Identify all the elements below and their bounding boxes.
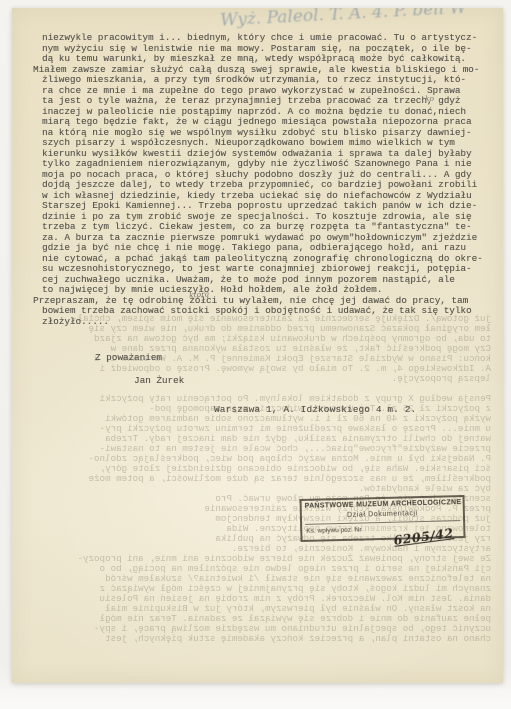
pencil-insertion-ko: ko xyxy=(425,94,434,103)
bleed-through-line: chano na ostatni plan, a przecież kończy… xyxy=(25,634,491,644)
pencil-insertion-ktora: którą xyxy=(189,289,210,299)
letter-line: bowiem trzeba zachować stoicki spokój i … xyxy=(33,306,499,317)
letter-line: dą ku temu warunki, by mieszkał ze mną, … xyxy=(33,54,499,65)
museum-stamp: PAŃSTWOWE MUZEUM ARCHEOLOGICZNE Dział Do… xyxy=(300,495,466,542)
letter-line: dojdą jeszcze dalej, to wtedy trzeba prz… xyxy=(33,180,499,191)
bleed-through-text: już gotową/. Dziękuję serdecznie za zain… xyxy=(25,314,491,644)
signature-address: Warszawa 1, A. Idźkowskiego 4 m. 2. xyxy=(214,404,416,415)
scanned-letter-page: { "document": { "handwriting_top": "Wyż.… xyxy=(0,0,511,709)
handwritten-annotation: Wyż. Paleol. T. A. 4. P. beli W xyxy=(220,8,503,31)
letter-line: szych pisarzy i współczesnych. Nieuporzą… xyxy=(33,138,499,149)
bleed-through-line: lepszą propozycję. xyxy=(25,374,491,384)
letter-line: su wczesnohistorycznego, to jest warte c… xyxy=(33,264,499,275)
letter-line: gdzie ja być nie chcę i nie mogę. Takieg… xyxy=(33,243,499,254)
letter-line: tylko zagadnieniem nierozwiązanym, gdyby… xyxy=(33,159,499,170)
letter-line: to najwięcej by mnie ucieszyło. Hołd hoł… xyxy=(33,285,499,296)
letter-line: złożyło..... xyxy=(33,317,499,328)
letter-line: niezwykle pracowitym i... biednym, który… xyxy=(33,33,499,44)
letter-body: niezwykle pracowitym i... biednym, który… xyxy=(33,33,499,327)
letter-paper-sheet: już gotową/. Dziękuję serdecznie za zain… xyxy=(12,8,503,683)
letter-line: Starszej Epoki Kamiennej... Trzeba popro… xyxy=(33,201,499,212)
letter-line: trzeba z tym liczyć. Ciekaw jestem, co z… xyxy=(33,222,499,233)
letter-line: żliwego mieszkania, a przy tym środków u… xyxy=(33,75,499,86)
letter-line: miarą tego będzie fakt, że w ciągu jedne… xyxy=(33,117,499,128)
closing-phrase: Z poważaniem xyxy=(95,352,162,363)
signature-name: Jan Żurek xyxy=(134,375,184,386)
